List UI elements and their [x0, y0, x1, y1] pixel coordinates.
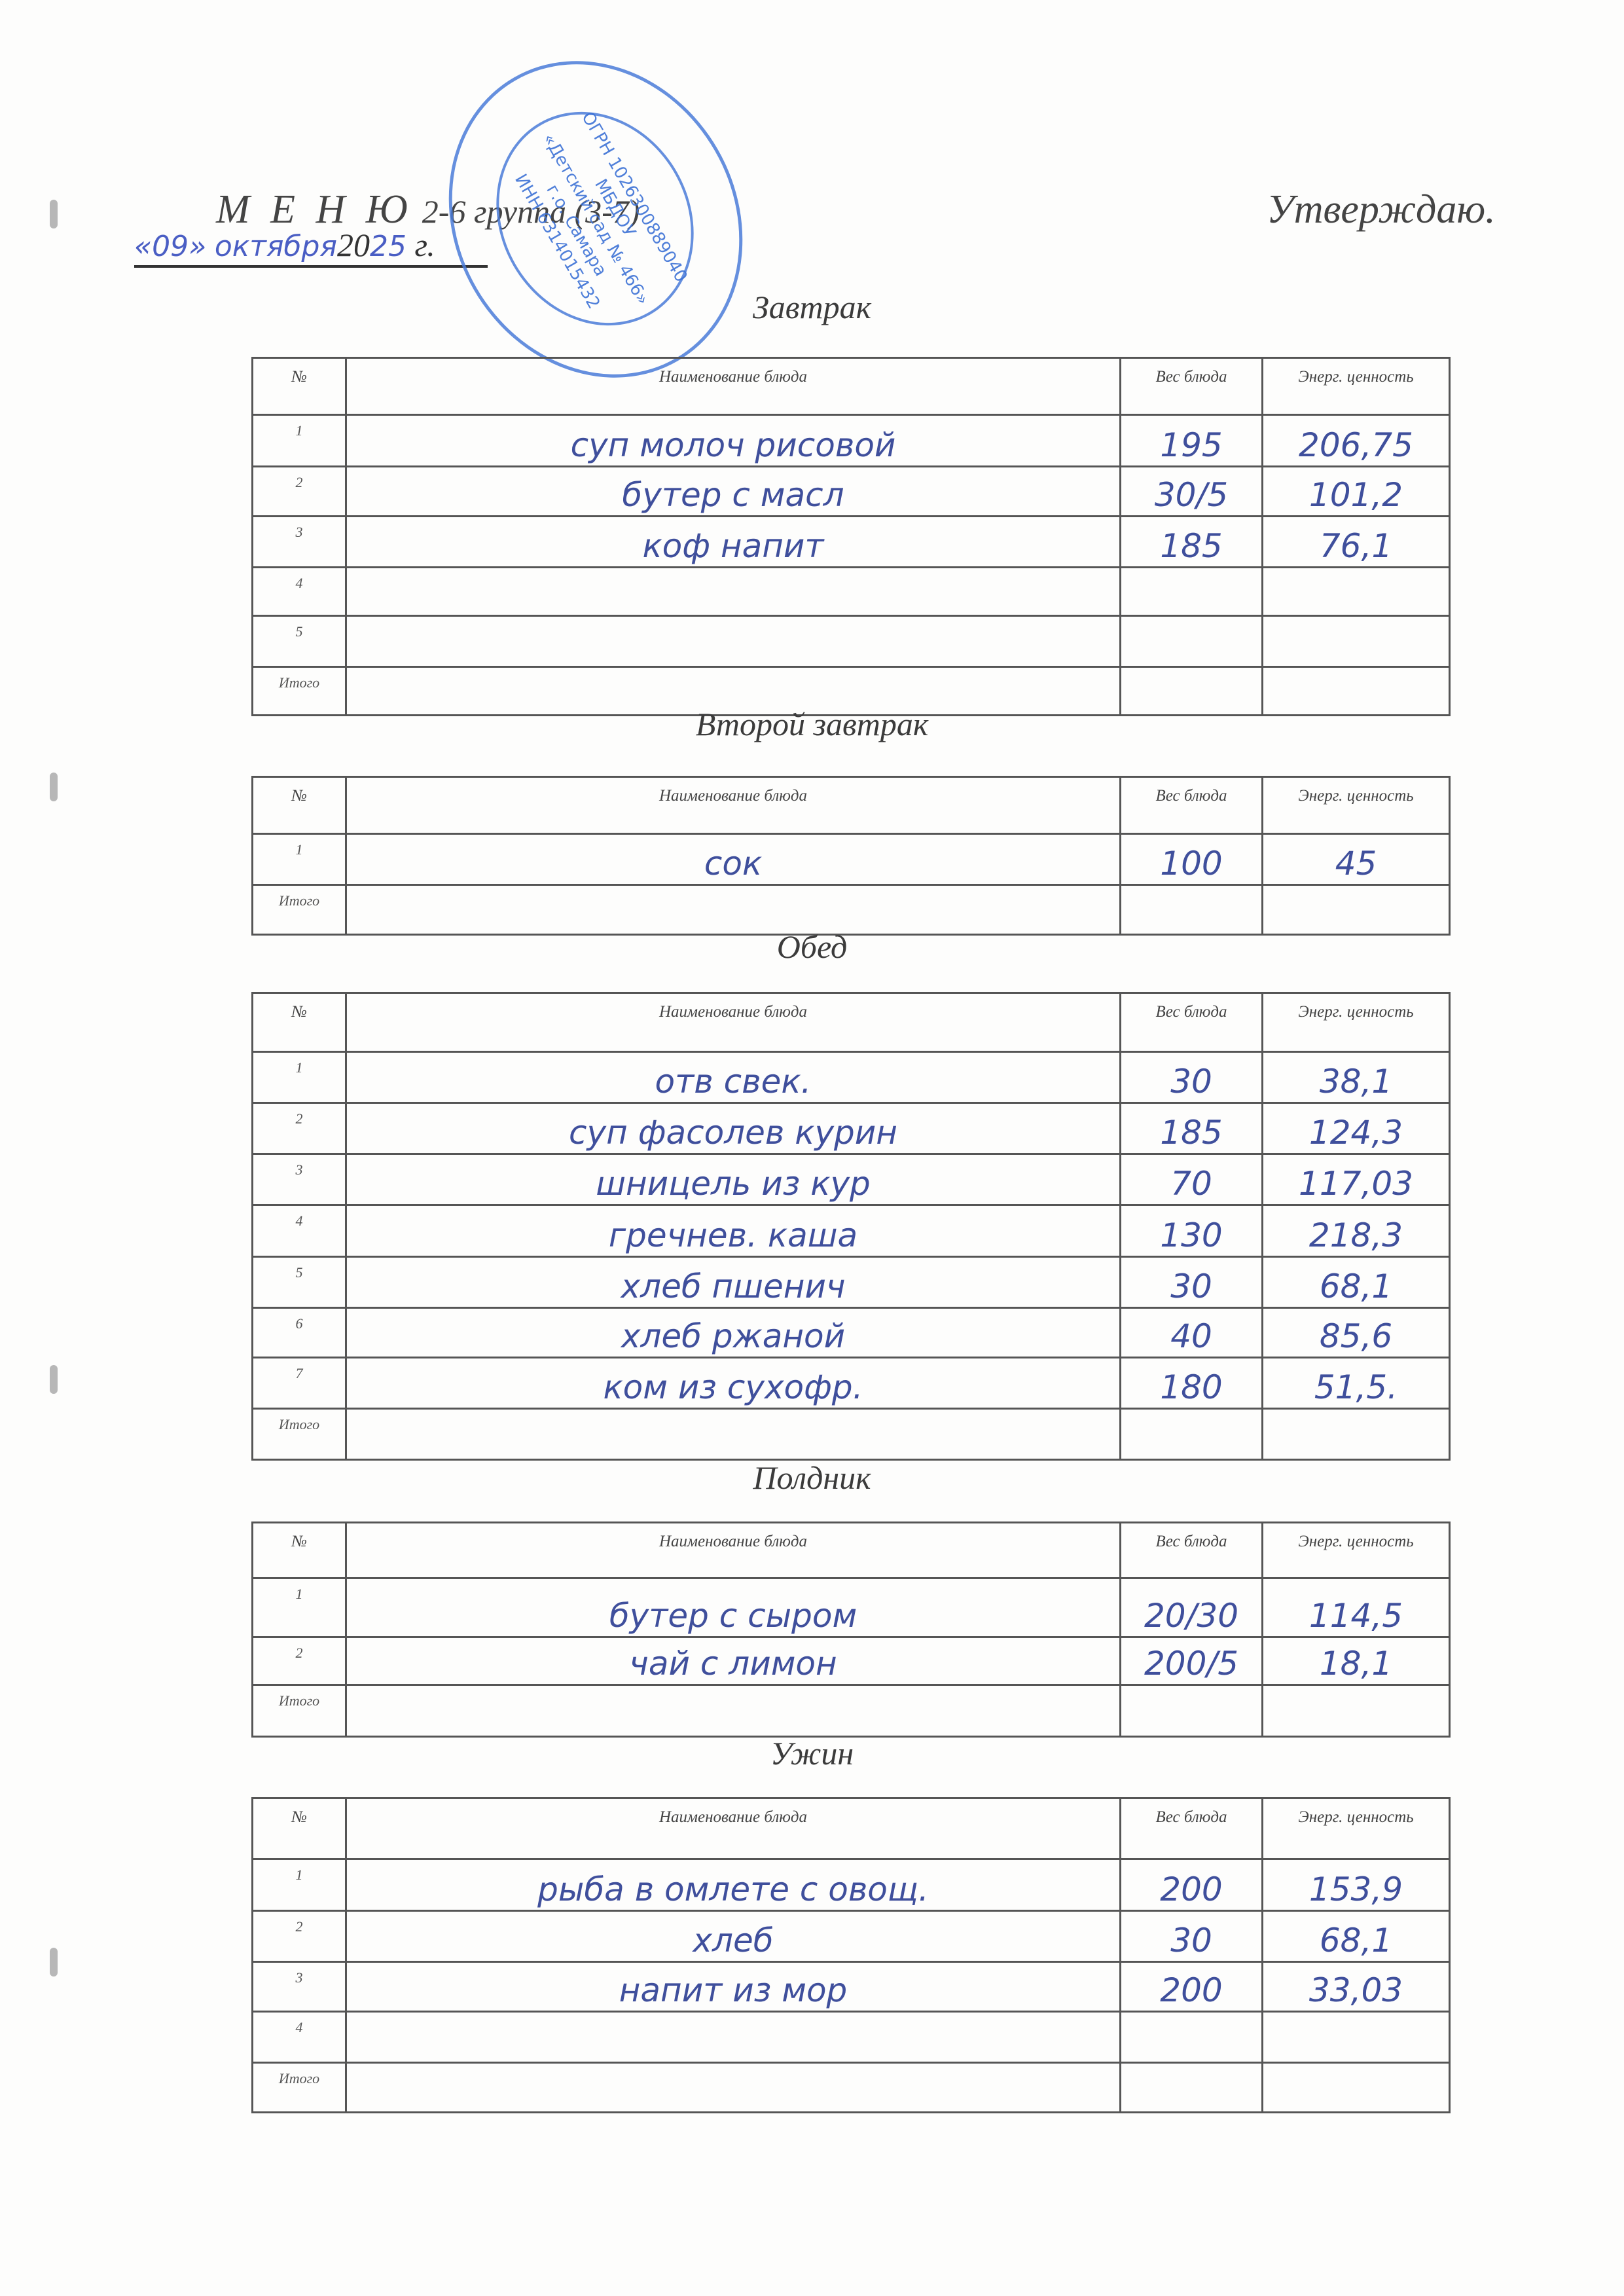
table-header-row: №Наименование блюдаВес блюдаЭнерг. ценно… — [253, 993, 1450, 1052]
table-row: 1бутер с сыром20/30114,5 — [253, 1578, 1450, 1637]
col-energy-header: Энерг. ценность — [1263, 993, 1450, 1052]
row-number: 2 — [253, 1637, 346, 1685]
table-row: 5 — [253, 616, 1450, 667]
col-name-header: Наименование блюда — [346, 1523, 1121, 1578]
total-name — [346, 1409, 1121, 1460]
dish-weight: 180 — [1121, 1358, 1263, 1409]
table-row: 2чай с лимон200/518,1 — [253, 1637, 1450, 1685]
approve-label: Утверждаю. — [1267, 187, 1496, 233]
dish-energy: 51,5. — [1263, 1358, 1450, 1409]
table-row: 1рыба в омлете с овощ.200153,9 — [253, 1859, 1450, 1911]
dish-name: отв свек. — [346, 1052, 1121, 1103]
row-number: 5 — [253, 616, 346, 667]
col-weight-header: Вес блюда — [1121, 1798, 1263, 1859]
col-num-header: № — [253, 777, 346, 834]
dish-name: гречнев. каша — [346, 1205, 1121, 1257]
dish-name: суп фасолев курин — [346, 1103, 1121, 1154]
table-header-row: №Наименование блюдаВес блюдаЭнерг. ценно… — [253, 777, 1450, 834]
scan-mark — [50, 773, 58, 801]
table-row: 1отв свек.3038,1 — [253, 1052, 1450, 1103]
dish-weight: 200/5 — [1121, 1637, 1263, 1685]
col-weight-header: Вес блюда — [1121, 1523, 1263, 1578]
dish-energy: 68,1 — [1263, 1911, 1450, 1962]
total-row: Итого — [253, 1685, 1450, 1737]
dish-weight — [1121, 616, 1263, 667]
dish-name: хлеб ржаной — [346, 1308, 1121, 1358]
dish-energy: 76,1 — [1263, 517, 1450, 568]
dish-energy — [1263, 2012, 1450, 2063]
table-row: 4 — [253, 568, 1450, 616]
row-number: 2 — [253, 1911, 346, 1962]
scan-mark — [50, 1365, 58, 1394]
table-row: 4 — [253, 2012, 1450, 2063]
table-row: 7ком из сухофр.18051,5. — [253, 1358, 1450, 1409]
dish-name: рыба в омлете с овощ. — [346, 1859, 1121, 1911]
row-number: 2 — [253, 1103, 346, 1154]
dish-energy: 218,3 — [1263, 1205, 1450, 1257]
meal-table: №Наименование блюдаВес блюдаЭнерг. ценно… — [251, 1522, 1451, 1738]
date-suffix: г. — [414, 227, 435, 263]
col-name-header: Наименование блюда — [346, 358, 1121, 415]
meal-title: Обед — [0, 928, 1624, 966]
dish-name: хлеб — [346, 1911, 1121, 1962]
dish-weight: 30 — [1121, 1911, 1263, 1962]
dish-energy: 68,1 — [1263, 1257, 1450, 1308]
table-row: 2суп фасолев курин185124,3 — [253, 1103, 1450, 1154]
row-number: 4 — [253, 1205, 346, 1257]
date-day: «09» — [134, 230, 206, 263]
meal-table: №Наименование блюдаВес блюдаЭнерг. ценно… — [251, 992, 1451, 1461]
meal-title: Завтрак — [0, 288, 1624, 326]
table-header-row: №Наименование блюдаВес блюдаЭнерг. ценно… — [253, 1523, 1450, 1578]
col-weight-header: Вес блюда — [1121, 993, 1263, 1052]
dish-weight: 200 — [1121, 1962, 1263, 2012]
table-row: 3напит из мор20033,03 — [253, 1962, 1450, 2012]
dish-weight: 20/30 — [1121, 1578, 1263, 1637]
dish-name: суп молоч рисовой — [346, 415, 1121, 467]
dish-weight: 70 — [1121, 1154, 1263, 1205]
total-weight — [1121, 1409, 1263, 1460]
dish-name: коф напит — [346, 517, 1121, 568]
total-weight — [1121, 1685, 1263, 1737]
col-num-header: № — [253, 358, 346, 415]
table-row: 2бутер с масл30/5101,2 — [253, 467, 1450, 517]
table-row: 6хлеб ржаной4085,6 — [253, 1308, 1450, 1358]
col-name-header: Наименование блюда — [346, 777, 1121, 834]
table-row: 2хлеб3068,1 — [253, 1911, 1450, 1962]
col-weight-header: Вес блюда — [1121, 777, 1263, 834]
row-number: 6 — [253, 1308, 346, 1358]
table-row: 5хлеб пшенич3068,1 — [253, 1257, 1450, 1308]
dish-weight — [1121, 2012, 1263, 2063]
dish-weight: 185 — [1121, 517, 1263, 568]
total-energy — [1263, 1685, 1450, 1737]
dish-name — [346, 2012, 1121, 2063]
row-number: 1 — [253, 834, 346, 885]
table-row: 3шницель из кур70117,03 — [253, 1154, 1450, 1205]
dish-weight: 30 — [1121, 1257, 1263, 1308]
meal-table: №Наименование блюдаВес блюдаЭнерг. ценно… — [251, 357, 1451, 716]
total-label: Итого — [253, 2063, 346, 2113]
dish-energy: 114,5 — [1263, 1578, 1450, 1637]
row-number: 4 — [253, 2012, 346, 2063]
dish-name: напит из мор — [346, 1962, 1121, 2012]
dish-name: сок — [346, 834, 1121, 885]
row-number: 3 — [253, 517, 346, 568]
dish-energy: 117,03 — [1263, 1154, 1450, 1205]
row-number: 2 — [253, 467, 346, 517]
meal-table: №Наименование блюдаВес блюдаЭнерг. ценно… — [251, 1797, 1451, 2113]
dish-weight — [1121, 568, 1263, 616]
scan-mark — [50, 1948, 58, 1977]
row-number: 3 — [253, 1154, 346, 1205]
col-energy-header: Энерг. ценность — [1263, 1798, 1450, 1859]
dish-name — [346, 616, 1121, 667]
dish-energy: 45 — [1263, 834, 1450, 885]
col-name-header: Наименование блюда — [346, 993, 1121, 1052]
table-row: 1суп молоч рисовой195206,75 — [253, 415, 1450, 467]
dish-name: шницель из кур — [346, 1154, 1121, 1205]
dish-name: чай с лимон — [346, 1637, 1121, 1685]
dish-energy: 101,2 — [1263, 467, 1450, 517]
dish-energy — [1263, 616, 1450, 667]
date-year: 25 — [370, 230, 406, 263]
total-weight — [1121, 2063, 1263, 2113]
row-number: 1 — [253, 1578, 346, 1637]
dish-name: бутер с сыром — [346, 1578, 1121, 1637]
table-header-row: №Наименование блюдаВес блюдаЭнерг. ценно… — [253, 1798, 1450, 1859]
row-number: 3 — [253, 1962, 346, 2012]
table-header-row: №Наименование блюдаВес блюдаЭнерг. ценно… — [253, 358, 1450, 415]
dish-weight: 40 — [1121, 1308, 1263, 1358]
date-year-prefix: 20 — [337, 227, 370, 263]
dish-weight: 130 — [1121, 1205, 1263, 1257]
dish-energy — [1263, 568, 1450, 616]
total-label: Итого — [253, 1685, 346, 1737]
row-number: 1 — [253, 1859, 346, 1911]
dish-energy: 206,75 — [1263, 415, 1450, 467]
table-row: 3коф напит18576,1 — [253, 517, 1450, 568]
total-energy — [1263, 2063, 1450, 2113]
col-energy-header: Энерг. ценность — [1263, 1523, 1450, 1578]
meal-title: Второй завтрак — [0, 705, 1624, 743]
row-number: 7 — [253, 1358, 346, 1409]
col-name-header: Наименование блюда — [346, 1798, 1121, 1859]
dish-weight: 185 — [1121, 1103, 1263, 1154]
total-energy — [1263, 1409, 1450, 1460]
dish-weight: 30/5 — [1121, 467, 1263, 517]
dish-name — [346, 568, 1121, 616]
date-month: октября — [215, 230, 337, 263]
row-number: 5 — [253, 1257, 346, 1308]
table-row: 1сок10045 — [253, 834, 1450, 885]
scan-mark — [50, 200, 58, 228]
col-num-header: № — [253, 1798, 346, 1859]
total-label: Итого — [253, 1409, 346, 1460]
col-num-header: № — [253, 993, 346, 1052]
dish-weight: 200 — [1121, 1859, 1263, 1911]
menu-date: «09» октября2025 г. — [134, 226, 488, 268]
table-row: 4гречнев. каша130218,3 — [253, 1205, 1450, 1257]
col-num-header: № — [253, 1523, 346, 1578]
dish-energy: 33,03 — [1263, 1962, 1450, 2012]
row-number: 1 — [253, 415, 346, 467]
row-number: 1 — [253, 1052, 346, 1103]
menu-title: М Е Н Ю — [216, 187, 413, 232]
col-weight-header: Вес блюда — [1121, 358, 1263, 415]
meal-table: №Наименование блюдаВес блюдаЭнерг. ценно… — [251, 776, 1451, 936]
dish-weight: 100 — [1121, 834, 1263, 885]
dish-energy: 38,1 — [1263, 1052, 1450, 1103]
meal-title: Ужин — [0, 1734, 1624, 1772]
row-number: 4 — [253, 568, 346, 616]
meal-title: Полдник — [0, 1459, 1624, 1497]
total-row: Итого — [253, 2063, 1450, 2113]
col-energy-header: Энерг. ценность — [1263, 358, 1450, 415]
dish-energy: 85,6 — [1263, 1308, 1450, 1358]
dish-energy: 124,3 — [1263, 1103, 1450, 1154]
dish-weight: 30 — [1121, 1052, 1263, 1103]
dish-weight: 195 — [1121, 415, 1263, 467]
dish-name: ком из сухофр. — [346, 1358, 1121, 1409]
dish-name: бутер с масл — [346, 467, 1121, 517]
col-energy-header: Энерг. ценность — [1263, 777, 1450, 834]
total-name — [346, 1685, 1121, 1737]
dish-energy: 18,1 — [1263, 1637, 1450, 1685]
dish-name: хлеб пшенич — [346, 1257, 1121, 1308]
total-name — [346, 2063, 1121, 2113]
dish-energy: 153,9 — [1263, 1859, 1450, 1911]
total-row: Итого — [253, 1409, 1450, 1460]
